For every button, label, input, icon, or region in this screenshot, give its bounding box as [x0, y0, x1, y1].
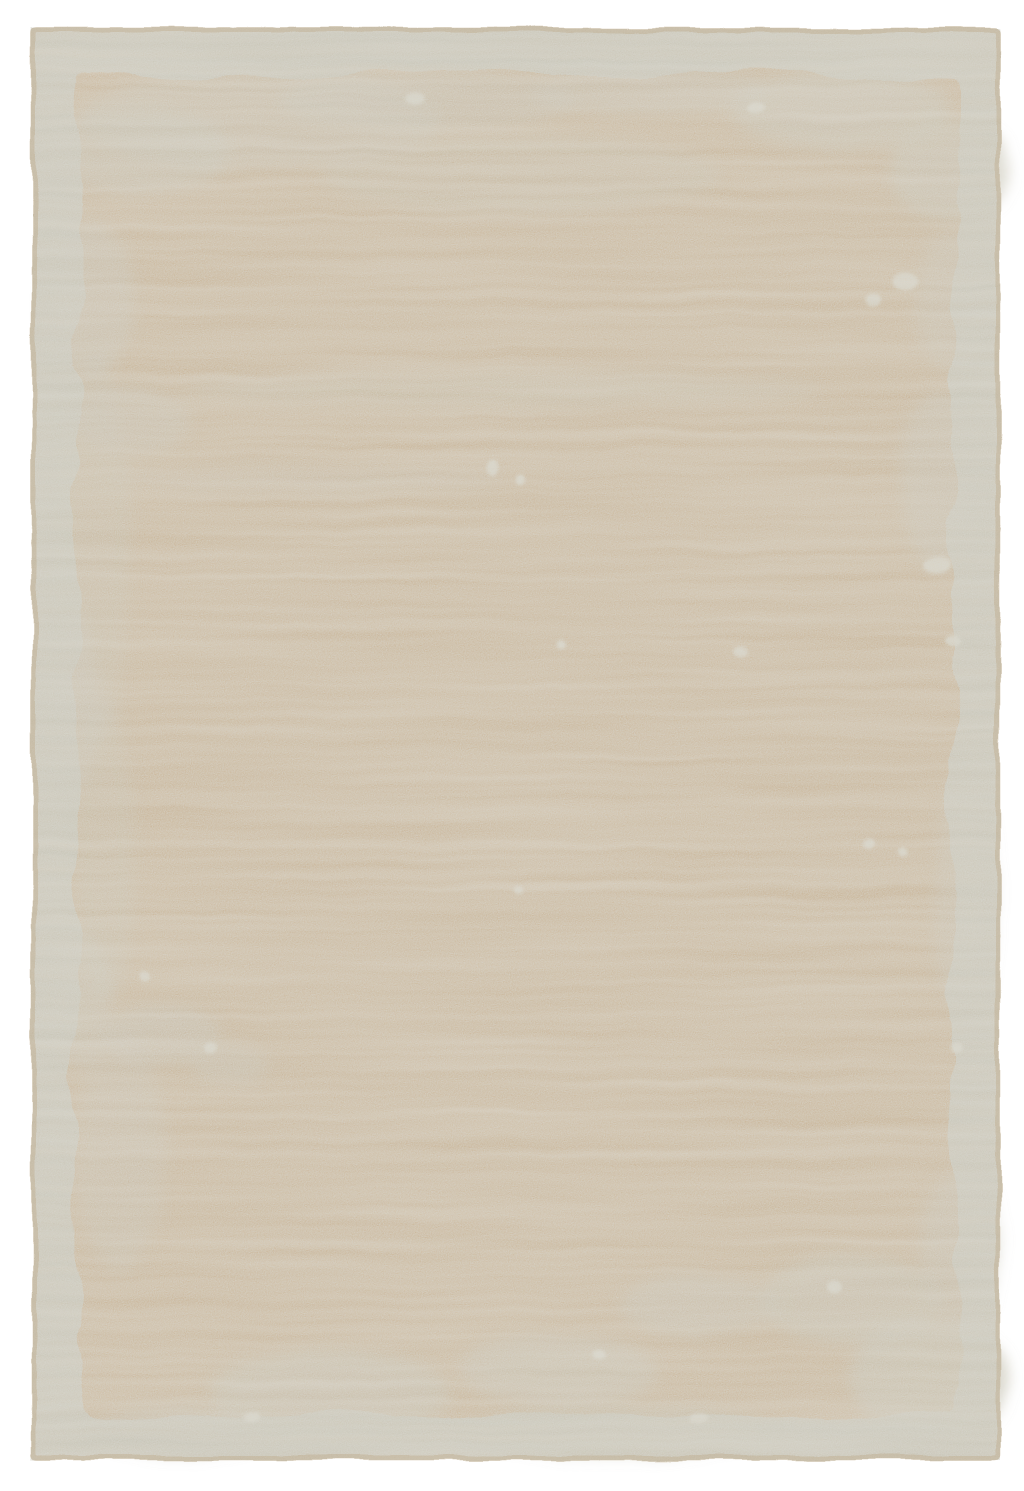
photo-canvas — [0, 0, 1024, 1491]
rug-product-photo — [0, 0, 1024, 1491]
rug-grain-overlay — [32, 28, 1000, 1460]
rug — [32, 28, 1010, 1460]
